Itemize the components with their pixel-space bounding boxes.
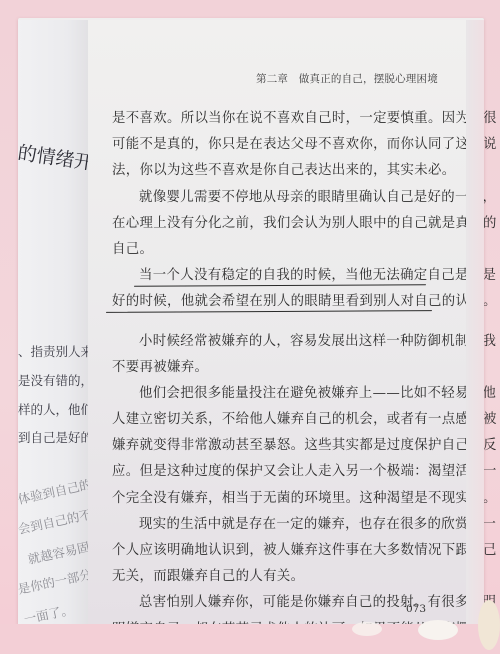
left-page: 的情绪开始 、指责别人来转 是没有错的，因此 样的人，他们需要 到自己是好的，但… <box>18 20 88 624</box>
text-line: 人建立密切关系，不给他人嫌弃自己的机会，或者有一点感到被 <box>112 407 426 433</box>
text-line: 小时候经常被嫌弃的人，容易发展出这样一种防御机制：我 <box>112 329 426 355</box>
text-line: 法，你以为这些不喜欢是你自己表达出来的，其实未必。 <box>112 158 426 184</box>
flower-petal-decoration <box>418 620 458 640</box>
page-edge <box>466 20 484 624</box>
text-line: 不要再被嫌弃。 <box>112 355 426 381</box>
underlined-text-line: 当一个人没有稳定的自我的时候，当他无法确定自己是不是 <box>112 263 426 289</box>
text-line: 个人应该明确地认识到，被人嫌弃这件事在大多数情况下跟自己 <box>112 538 426 564</box>
text-line: 总害怕别人嫌弃你，可能是你嫌弃自己的投射。有很多人明 <box>112 590 426 616</box>
text-line: 在心理上没有分化之前，我们会认为别人眼中的自己就是真实的 <box>112 211 426 237</box>
underlined-text-line: 好的时候，他就会希望在别人的眼睛里看到别人对自己的认可。 <box>112 289 426 315</box>
left-page-curled-line: 是你的一部分， <box>18 562 88 598</box>
paragraph-gap <box>112 316 426 329</box>
flower-petal-decoration <box>352 622 382 636</box>
text-line: 应。但是这种过度的保护又会让人走入另一个极端：渴望活在一 <box>112 459 426 485</box>
text-line: 无关，而跟嫌弃自己的人有关。 <box>112 564 426 590</box>
left-page-curled-line: 体验到自己的好， <box>18 469 88 507</box>
text-line: 个完全没有嫌弃，相当于无菌的环境里。这种渴望是不现实的。 <box>112 486 426 512</box>
text-line: 现实的生活中就是存在一定的嫌弃，也存在很多的欣赏。一 <box>112 512 426 538</box>
flower-petal-decoration <box>478 600 500 650</box>
page-number: 073 <box>406 603 426 615</box>
running-head: 第二章 做真正的自己，摆脱心理困境 <box>256 71 438 86</box>
text-line: 可能不是真的，你只是在表达父母不喜欢你，而你认同了这个说 <box>112 132 426 158</box>
text-line: 自己。 <box>112 237 426 263</box>
text-line: 是不喜欢。所以当你在说不喜欢自己时，一定要慎重。因为这很 <box>112 106 426 132</box>
left-page-line: 到自己是好的，但 <box>18 428 88 446</box>
left-page-curled-line: 一面了。 <box>22 600 75 624</box>
left-page-line: 、指责别人来转 <box>18 342 88 360</box>
text-line: 嫌弃就变得非常激动甚至暴怒。这些其实都是过度保护自己的反 <box>112 433 426 459</box>
text-line: 就像婴儿需要不停地从母亲的眼睛里确认自己是好的一样， <box>112 185 426 211</box>
text-line: 他们会把很多能量投注在避免被嫌弃上——比如不轻易跟他 <box>112 381 426 407</box>
left-page-line: 是没有错的，因此 <box>18 371 88 389</box>
left-page-curled-line: 就越容易固定 <box>26 535 88 568</box>
right-page: 第二章 做真正的自己，摆脱心理困境 是不喜欢。所以当你在说不喜欢自己时，一定要慎… <box>88 20 466 624</box>
left-page-title-fragment: 的情绪开始 <box>18 138 88 178</box>
body-text: 是不喜欢。所以当你在说不喜欢自己时，一定要慎重。因为这很 可能不是真的，你只是在… <box>112 106 426 643</box>
left-page-line: 样的人，他们需要 <box>18 400 88 418</box>
